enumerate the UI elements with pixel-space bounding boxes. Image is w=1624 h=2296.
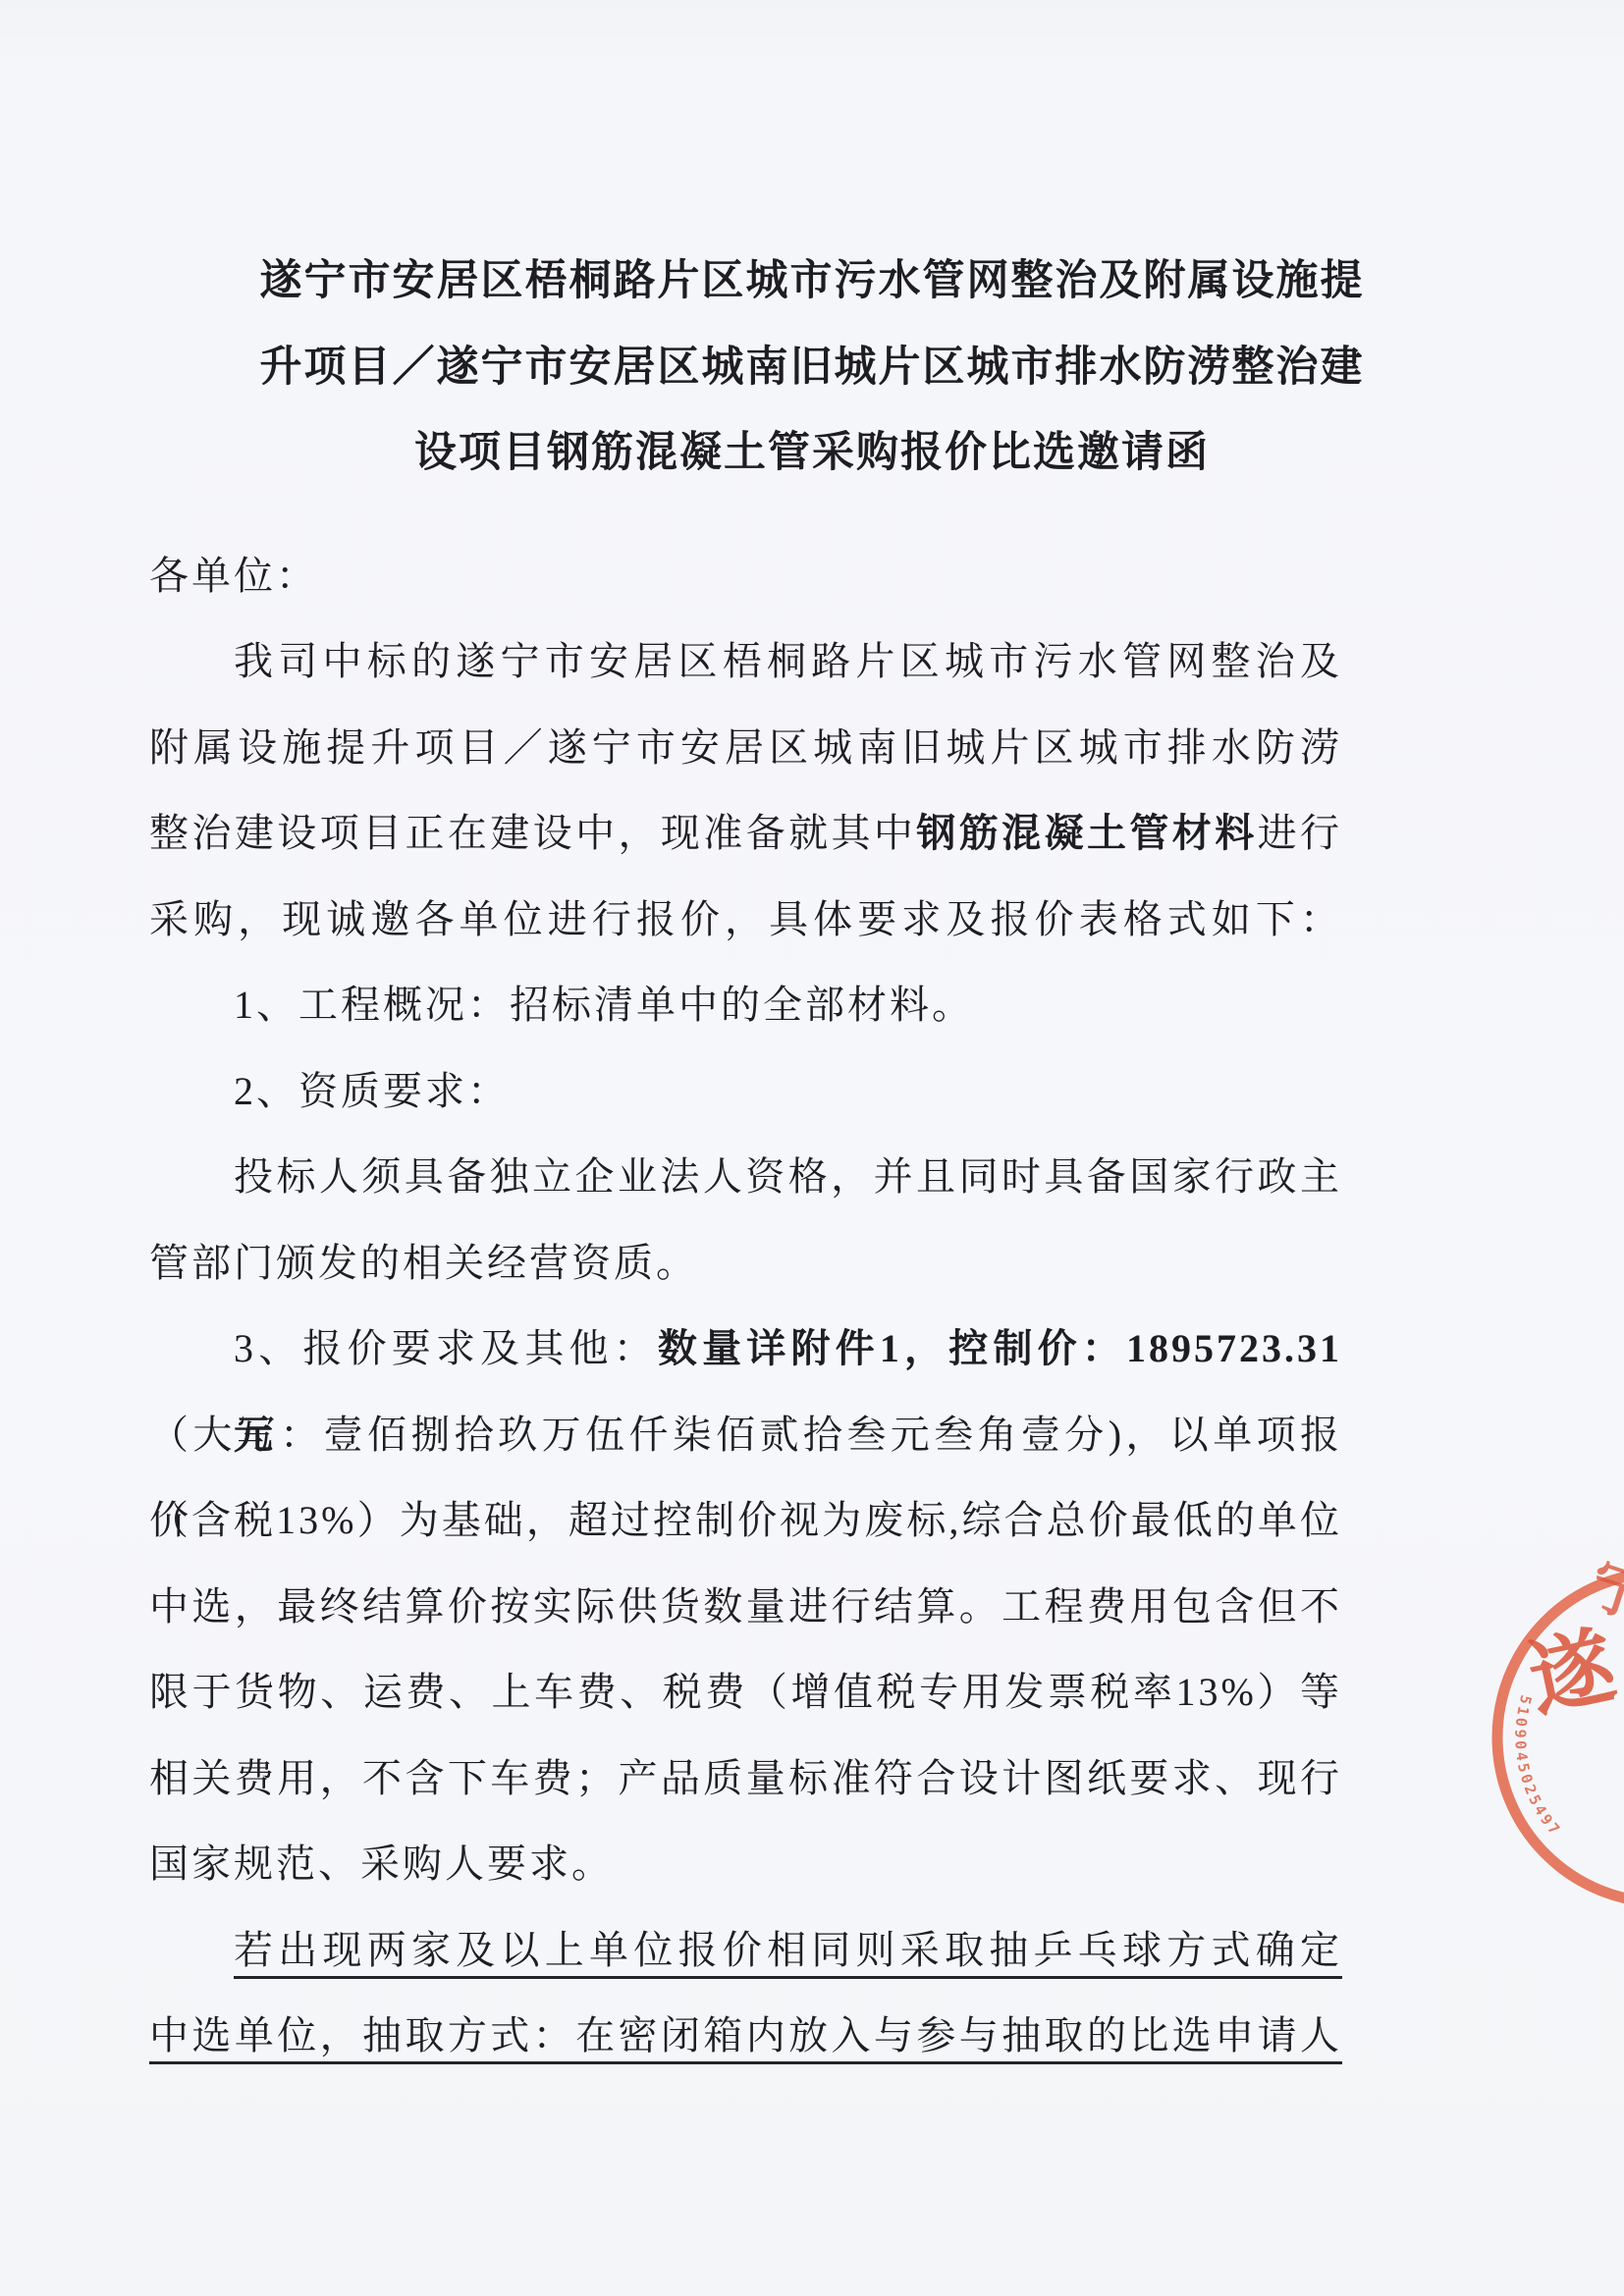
text-segment: 若出现两家及以上单位报价相同则采取抽乒乓球方式确定 [234, 1928, 1342, 1972]
document-line: 管部门颁发的相关经营资质。 [149, 1220, 1342, 1307]
text-segment: 1、工程概况：招标清单中的全部材料。 [234, 983, 974, 1027]
document-content: 遂宁市安居区梧桐路片区城市污水管网整治及附属设施提 升项目／遂宁市安居区城南旧城… [0, 0, 1624, 2079]
document-line: 我司中标的遂宁市安居区梧桐路片区城市污水管网整治及 [149, 618, 1342, 705]
text-segment: 中选，最终结算价按实际供货数量进行结算。工程费用包含但不 [149, 1584, 1342, 1629]
document-line: 若出现两家及以上单位报价相同则采取抽乒乓球方式确定 [149, 1907, 1342, 1994]
document-line: 相关费用，不含下车费；产品质量标准符合设计图纸要求、现行 [149, 1735, 1342, 1822]
text-segment: 相关费用，不含下车费；产品质量标准符合设计图纸要求、现行 [149, 1756, 1342, 1800]
document-line: （含税13%）为基础，超过控制价视为废标,综合总价最低的单位 [149, 1477, 1342, 1564]
document-line: 1、工程概况：招标清单中的全部材料。 [149, 962, 1342, 1048]
document-body: 各单位：我司中标的遂宁市安居区梧桐路片区城市污水管网整治及附属设施提升项目／遂宁… [149, 533, 1342, 2079]
document-line: 国家规范、采购人要求。 [149, 1821, 1342, 1907]
document-line: 2、资质要求： [149, 1048, 1342, 1135]
text-segment: 附属设施提升项目／遂宁市安居区城南旧城片区城市排水防涝 [149, 725, 1342, 770]
text-segment: 限于货物、运费、上车费、税费（增值税专用发票税率13%）等 [149, 1670, 1342, 1714]
document-line: 3、报价要求及其他：数量详附件1，控制价：1895723.31 元 [149, 1306, 1342, 1392]
document-line: 限于货物、运费、上车费、税费（增值税专用发票税率13%）等 [149, 1649, 1342, 1735]
text-segment: 各单位： [149, 554, 318, 598]
document-line: 各单位： [149, 533, 1342, 619]
text-segment: （含税13%）为基础，超过控制价视为废标,综合总价最低的单位 [149, 1498, 1342, 1542]
text-segment: 数量详附件1， [658, 1326, 948, 1370]
title-line-2: 升项目／遂宁市安居区城南旧城片区城市排水防涝整治建 [0, 325, 1624, 411]
text-segment: 我司中标的遂宁市安居区梧桐路片区城市污水管网整治及 [234, 639, 1342, 683]
document-line: 采购，现诚邀各单位进行报价，具体要求及报价表格式如下： [149, 877, 1342, 963]
text-segment: 进行 [1258, 811, 1342, 855]
text-segment: 中选单位，抽取方式：在密闭箱内放入与参与抽取的比选申请人 [149, 2013, 1342, 2057]
title-line-1: 遂宁市安居区梧桐路片区城市污水管网整治及附属设施提 [0, 239, 1624, 325]
text-segment: 2、资质要求： [234, 1069, 510, 1113]
text-segment: 整治建设项目正在建设中，现准备就其中 [149, 811, 916, 855]
document-title: 遂宁市安居区梧桐路片区城市污水管网整治及附属设施提 升项目／遂宁市安居区城南旧城… [0, 239, 1624, 497]
document-page: 遂宁市安居区梧桐路片区城市污水管网整治及附属设施提 升项目／遂宁市安居区城南旧城… [0, 0, 1624, 2296]
text-segment: 管部门颁发的相关经营资质。 [149, 1241, 698, 1285]
document-line: 投标人须具备独立企业法人资格，并且同时具备国家行政主 [149, 1134, 1342, 1220]
text-segment: 钢筋混凝土管材料 [916, 811, 1257, 855]
text-segment: 国家规范、采购人要求。 [149, 1842, 614, 1886]
title-line-3: 设项目钢筋混凝土管采购报价比选邀请函 [0, 410, 1624, 497]
document-line: 中选，最终结算价按实际供货数量进行结算。工程费用包含但不 [149, 1564, 1342, 1650]
document-line: （大写：壹佰捌拾玖万伍仟柒佰贰拾叁元叁角壹分)，以单项报价 [149, 1392, 1342, 1478]
text-segment: 采购，现诚邀各单位进行报价，具体要求及报价表格式如下： [149, 897, 1342, 941]
document-line: 附属设施提升项目／遂宁市安居区城南旧城片区城市排水防涝 [149, 705, 1342, 791]
text-segment: 3、报价要求及其他： [234, 1326, 658, 1370]
text-segment: 投标人须具备独立企业法人资格，并且同时具备国家行政主 [234, 1154, 1342, 1199]
document-line: 整治建设项目正在建设中，现准备就其中钢筋混凝土管材料进行 [149, 790, 1342, 877]
document-line: 中选单位，抽取方式：在密闭箱内放入与参与抽取的比选申请人 [149, 1993, 1342, 2079]
